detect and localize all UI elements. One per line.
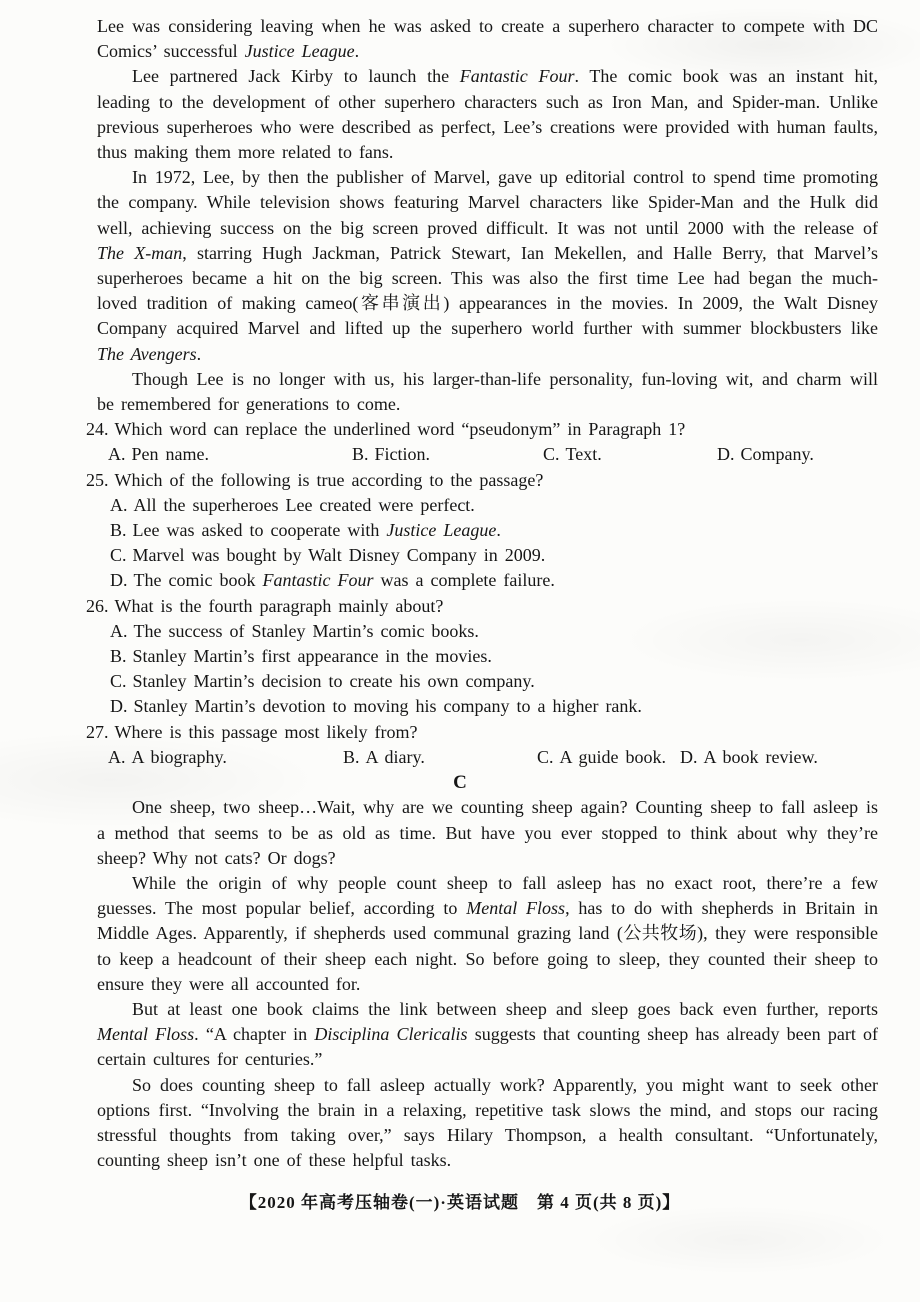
passage-paragraph: Lee partnered Jack Kirby to launch the F… [97, 64, 878, 165]
text-run: In 1972, Lee, by then the publisher of M… [97, 167, 878, 237]
passage-paragraph: Lee was considering leaving when he was … [97, 14, 878, 64]
option-label: A. [110, 621, 128, 641]
text-run: But at least one book claims the link be… [132, 999, 878, 1019]
option-d-q24: D.Company. [717, 442, 814, 467]
question-text: Which word can replace the underlined wo… [115, 419, 686, 439]
option-label: C. [110, 671, 127, 691]
text-run: Lee was considering leaving when he was … [97, 16, 878, 61]
option-text: Stanley Martin’s devotion to moving his … [134, 696, 642, 716]
option-c-q25: C.Marvel was bought by Walt Disney Compa… [110, 543, 878, 568]
question-25: 25.Which of the following is true accord… [86, 468, 878, 493]
option-text: Pen name. [132, 444, 209, 464]
text-run: What is the fourth paragraph mainly abou… [115, 596, 444, 616]
italic-text: Mental Floss [97, 1024, 194, 1044]
option-text: A book review. [704, 747, 818, 767]
option-text: Text. [566, 444, 602, 464]
text-run: . [496, 520, 501, 540]
option-a-q24: A.Pen name. [108, 442, 352, 467]
options-q27: A.A biography.B.A diary.C.A guide book.D… [108, 745, 878, 770]
passage-paragraph: In 1972, Lee, by then the publisher of M… [97, 165, 878, 367]
option-a-q27: A.A biography. [108, 745, 343, 770]
text-run: Text. [566, 444, 602, 464]
italic-text: Mental Floss [466, 898, 565, 918]
option-d-q26: D.Stanley Martin’s devotion to moving hi… [110, 694, 878, 719]
text-run: Stanley Martin’s first appearance in the… [133, 646, 492, 666]
option-a-q25: A.All the superheroes Lee created were p… [110, 493, 878, 518]
option-text: A guide book. [560, 747, 667, 767]
option-text: Fiction. [375, 444, 431, 464]
option-text: The comic book Fantastic Four was a comp… [134, 570, 555, 590]
option-label: D. [680, 747, 698, 767]
text-run: Which of the following is true according… [115, 470, 544, 490]
question-number: 26. [86, 596, 109, 616]
text-run: was a complete failure. [373, 570, 554, 590]
option-label: B. [352, 444, 369, 464]
passage-paragraph: While the origin of why people count she… [97, 871, 878, 997]
italic-text: Fantastic Four [460, 66, 575, 86]
italic-text: Justice League [245, 41, 355, 61]
text-run: Which word can replace the underlined wo… [115, 419, 686, 439]
italic-text: The Avengers [97, 344, 197, 364]
option-b-q27: B.A diary. [343, 745, 537, 770]
option-c-q26: C.Stanley Martin’s decision to create hi… [110, 669, 878, 694]
text-run: Where is this passage most likely from? [115, 722, 418, 742]
passage-paragraph: Though Lee is no longer with us, his lar… [97, 367, 878, 417]
text-run: Marvel was bought by Walt Disney Company… [133, 545, 546, 565]
text-run: Stanley Martin’s decision to create his … [133, 671, 535, 691]
question-number: 27. [86, 722, 109, 742]
option-label: D. [110, 696, 128, 716]
text-run: Pen name. [132, 444, 209, 464]
option-text: The success of Stanley Martin’s comic bo… [134, 621, 479, 641]
option-text: Stanley Martin’s decision to create his … [133, 671, 535, 691]
option-d-q25: D.The comic book Fantastic Four was a co… [110, 568, 878, 593]
question-number: 25. [86, 470, 109, 490]
option-a-q26: A.The success of Stanley Martin’s comic … [110, 619, 878, 644]
document-blocks: Lee was considering leaving when he was … [86, 14, 878, 1173]
text-run: A biography. [132, 747, 227, 767]
italic-text: Disciplina Clericalis [314, 1024, 467, 1044]
text-run: Lee was asked to cooperate with [133, 520, 387, 540]
option-label: B. [110, 520, 127, 540]
section-label: C [86, 770, 834, 795]
text-run: Lee partnered Jack Kirby to launch the [132, 66, 460, 86]
question-number: 24. [86, 419, 109, 439]
text-run: . [197, 344, 202, 364]
text-run: Stanley Martin’s devotion to moving his … [134, 696, 642, 716]
question-text: What is the fourth paragraph mainly abou… [115, 596, 444, 616]
option-text: Marvel was bought by Walt Disney Company… [133, 545, 546, 565]
text-run: . “A chapter in [194, 1024, 314, 1044]
option-text: Company. [741, 444, 814, 464]
text-run: , starring Hugh Jackman, Patrick Stewart… [97, 243, 878, 339]
text-run: Fiction. [375, 444, 431, 464]
question-26: 26.What is the fourth paragraph mainly a… [86, 594, 878, 619]
option-d-q27: D.A book review. [680, 745, 818, 770]
option-label: A. [108, 444, 126, 464]
option-b-q25: B.Lee was asked to cooperate with Justic… [110, 518, 878, 543]
option-label: C. [543, 444, 560, 464]
option-label: D. [717, 444, 735, 464]
option-text: Lee was asked to cooperate with Justice … [133, 520, 501, 540]
options-q24: A.Pen name.B.Fiction.C.Text.D.Company. [108, 442, 878, 467]
option-b-q26: B.Stanley Martin’s first appearance in t… [110, 644, 878, 669]
option-b-q24: B.Fiction. [352, 442, 543, 467]
option-text: A diary. [366, 747, 425, 767]
text-run: A diary. [366, 747, 425, 767]
italic-text: Fantastic Four [262, 570, 373, 590]
option-label: A. [108, 747, 126, 767]
option-label: B. [110, 646, 127, 666]
option-text: All the superheroes Lee created were per… [134, 495, 475, 515]
option-label: C. [110, 545, 127, 565]
option-c-q24: C.Text. [543, 442, 717, 467]
option-label: B. [343, 747, 360, 767]
exam-page: Lee was considering leaving when he was … [0, 0, 920, 1302]
text-run: One sheep, two sheep…Wait, why are we co… [97, 797, 878, 867]
text-run: All the superheroes Lee created were per… [134, 495, 475, 515]
option-label: A. [110, 495, 128, 515]
page-footer: 【2020 年高考压轴卷(一)·英语试题 第 4 页(共 8 页)】 [0, 1188, 920, 1213]
question-text: Where is this passage most likely from? [115, 722, 418, 742]
question-text: Which of the following is true according… [115, 470, 544, 490]
italic-text: The X-man [97, 243, 182, 263]
options-q25: A.All the superheroes Lee created were p… [86, 493, 878, 594]
text-run: So does counting sheep to fall asleep ac… [97, 1075, 878, 1171]
italic-text: Justice League [386, 520, 496, 540]
text-run: Though Lee is no longer with us, his lar… [97, 369, 878, 414]
option-text: A biography. [132, 747, 227, 767]
text-run: Company. [741, 444, 814, 464]
question-24: 24.Which word can replace the underlined… [86, 417, 878, 442]
text-run: A guide book. [560, 747, 667, 767]
passage-paragraph: But at least one book claims the link be… [97, 997, 878, 1073]
option-label: D. [110, 570, 128, 590]
passage-paragraph: So does counting sheep to fall asleep ac… [97, 1073, 878, 1174]
options-q26: A.The success of Stanley Martin’s comic … [86, 619, 878, 720]
text-run: . [355, 41, 360, 61]
text-run: The success of Stanley Martin’s comic bo… [134, 621, 479, 641]
option-label: C. [537, 747, 554, 767]
option-c-q27: C.A guide book. [537, 745, 666, 770]
option-text: Stanley Martin’s first appearance in the… [133, 646, 492, 666]
text-run: A book review. [704, 747, 818, 767]
text-run: The comic book [134, 570, 263, 590]
passage-paragraph: One sheep, two sheep…Wait, why are we co… [97, 795, 878, 871]
question-27: 27.Where is this passage most likely fro… [86, 720, 878, 745]
